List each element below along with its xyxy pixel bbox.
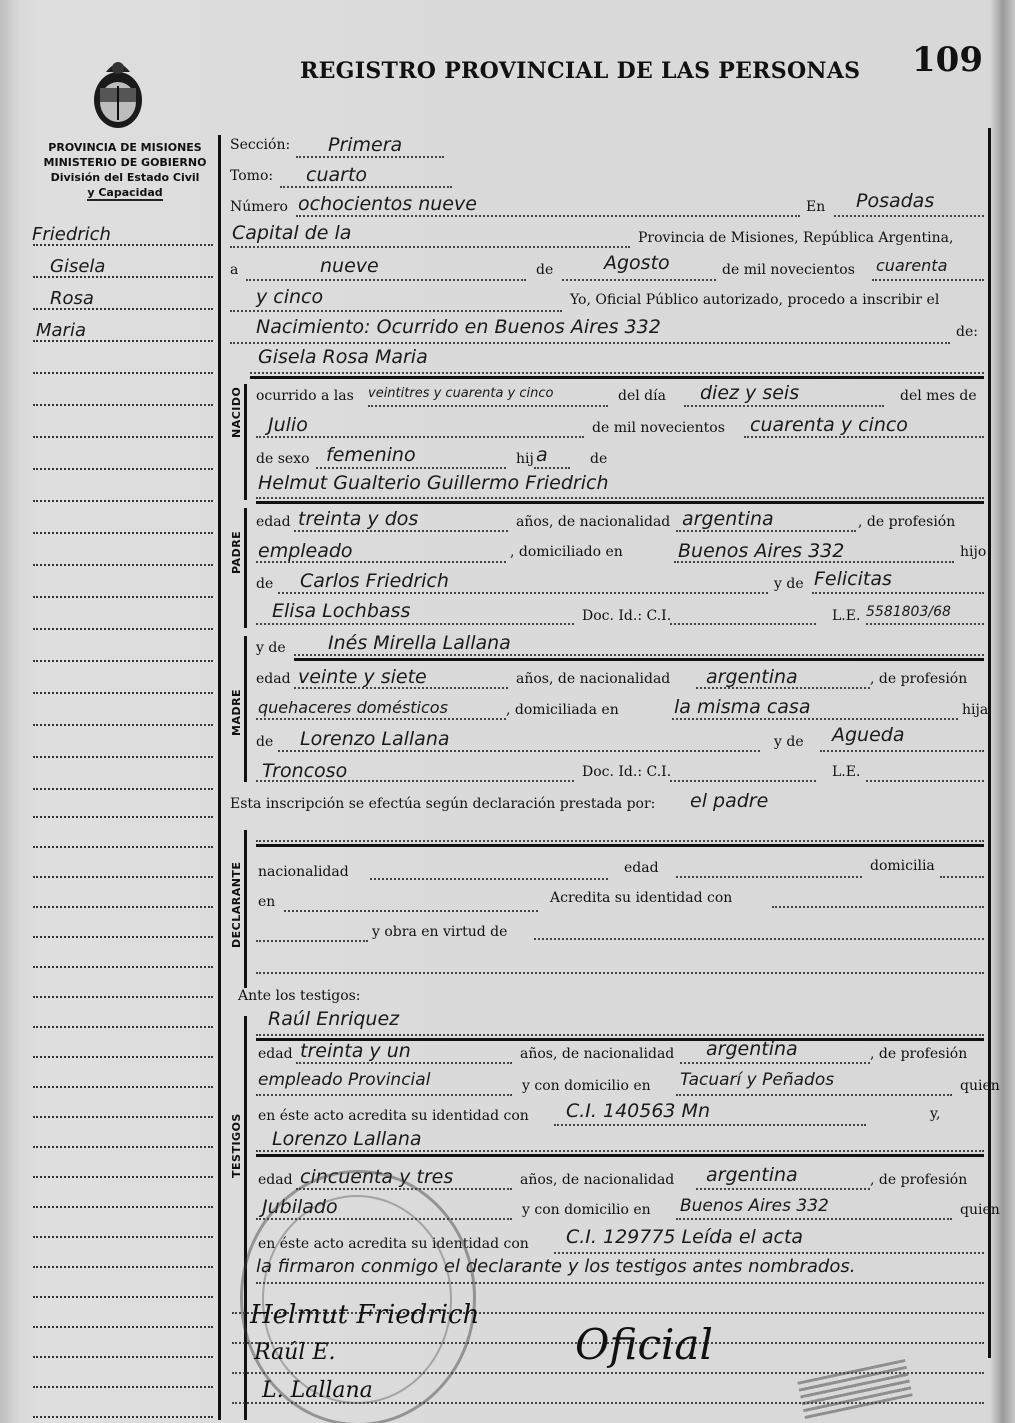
witness-2-name: Lorenzo Lallana [272, 1128, 422, 1150]
institution-line: y Capacidad [30, 185, 220, 200]
seccion-label: Sección: [230, 137, 290, 153]
act-description: Nacimiento: Ocurrido en Buenos Aires 332 [256, 316, 661, 338]
margin-line [33, 788, 213, 790]
signature-declarant: Helmut Friedrich [250, 1300, 479, 1330]
en-label: en [258, 894, 275, 910]
mother-nationality: argentina [706, 666, 798, 688]
right-border [988, 128, 991, 1358]
field-line [670, 623, 816, 625]
field-line [670, 780, 816, 782]
field-line [256, 623, 574, 625]
registration-day: nueve [320, 255, 379, 277]
yde-label: y de [774, 734, 804, 750]
mother-profession: quehaceres domésticos [258, 698, 448, 717]
margin-line [33, 1386, 213, 1388]
hij-suffix: a [536, 444, 548, 466]
margin-line [33, 308, 213, 310]
anio-label: de mil novecientos [592, 420, 725, 436]
nacionalidad-label: años, de nacionalidad [516, 514, 670, 530]
margin-line [33, 1416, 213, 1418]
rule [256, 844, 984, 847]
margin-line [33, 816, 213, 818]
margin-line [33, 628, 213, 630]
le-label: L.E. [832, 608, 860, 624]
field-line [554, 1252, 984, 1254]
rule [294, 658, 984, 661]
institution-line: División del Estado Civil [30, 170, 220, 185]
margin-line [33, 1056, 213, 1058]
margin-line [33, 996, 213, 998]
birth-year: cuarenta y cinco [750, 414, 908, 436]
margin-line [33, 404, 213, 406]
section-bar [244, 1016, 247, 1420]
field-line [316, 467, 506, 469]
margin-line [33, 1116, 213, 1118]
margin-line [33, 936, 213, 938]
doc-label: Doc. Id.: C.I. [582, 608, 671, 624]
field-line [256, 1150, 984, 1152]
section-bar [244, 384, 247, 500]
field-line [256, 718, 506, 720]
signature-witness-2: L. Lallana [262, 1378, 373, 1403]
hija-label: hija [962, 702, 988, 718]
margin-line [33, 468, 213, 470]
field-line [554, 1124, 866, 1126]
field-line [278, 750, 760, 752]
paternal-grandmother-1: Felicitas [814, 568, 892, 590]
field-line [256, 497, 984, 499]
edad-label: edad [624, 860, 659, 876]
field-line [296, 156, 444, 158]
section-label-testigos: TESTIGOS [230, 1113, 243, 1178]
margin-line [33, 660, 213, 662]
maternal-grandmother-1: Agueda [832, 724, 905, 746]
field-line [296, 215, 800, 217]
margin-line [33, 692, 213, 694]
birth-time: veintitres y cuarenta y cinco [368, 386, 553, 401]
nacionalidad-label: nacionalidad [258, 864, 349, 880]
witness-2-address: Buenos Aires 332 [680, 1196, 829, 1216]
maternal-grandfather: Lorenzo Lallana [300, 728, 450, 750]
institution-line: MINISTERIO DE GOBIERNO [30, 155, 220, 170]
field-line [676, 530, 856, 532]
rule [250, 376, 984, 379]
margin-line [33, 340, 213, 342]
field-line [256, 940, 368, 942]
yde-label: y de [774, 576, 804, 592]
margin-line [33, 596, 213, 598]
argentina-coat-of-arms-icon [86, 52, 150, 132]
dia-label: del día [618, 388, 666, 404]
mes-label: del mes de [900, 388, 977, 404]
anio-label: de mil novecientos [722, 262, 855, 278]
field-line [370, 878, 608, 880]
field-line [866, 623, 984, 625]
margin-line [33, 1266, 213, 1268]
official-stamp [797, 1359, 912, 1419]
numero-label: Número [230, 199, 288, 215]
field-line [256, 436, 584, 438]
quien-label: quien [960, 1202, 1000, 1218]
witness-2-nationality: argentina [706, 1164, 798, 1186]
field-line [676, 1218, 952, 1220]
field-line [562, 279, 716, 281]
field-line [812, 592, 984, 594]
nacionalidad-label: años, de nacionalidad [520, 1172, 674, 1188]
registrant-name: Gisela Rosa Maria [258, 346, 428, 368]
margin-line [33, 756, 213, 758]
field-line [872, 279, 984, 281]
doc-label: Doc. Id.: C.I. [582, 764, 671, 780]
field-line [256, 972, 984, 974]
father-nationality: argentina [682, 508, 774, 530]
margin-line [33, 436, 213, 438]
maternal-grandmother-2: Troncoso [262, 760, 347, 782]
numero-value: ochocientos nueve [298, 193, 477, 215]
testigos-intro: Ante los testigos: [238, 988, 361, 1004]
quien-label: quien [960, 1078, 1000, 1094]
field-line [820, 750, 984, 752]
margin-line [33, 1176, 213, 1178]
father-full-name: Helmut Gualterio Guillermo Friedrich [258, 472, 609, 494]
father-profession: empleado [258, 540, 353, 562]
oficial-label: Yo, Oficial Público autorizado, procedo … [570, 292, 939, 308]
field-line [672, 718, 958, 720]
field-line [940, 876, 984, 878]
margin-name: Maria [36, 320, 86, 341]
registration-year-1: cuarenta [876, 256, 947, 275]
witness-2-id: C.I. 129775 Leída el acta [566, 1226, 803, 1248]
registration-year-2: y cinco [256, 286, 323, 308]
field-line [772, 906, 984, 908]
field-line [296, 1062, 512, 1064]
domicilio-label: , domiciliado en [510, 544, 623, 560]
witness-1-profession: empleado Provincial [258, 1070, 430, 1090]
section-label-madre: MADRE [230, 689, 243, 736]
field-line [256, 840, 984, 842]
margin-line [33, 906, 213, 908]
field-line [676, 876, 862, 878]
field-line [744, 436, 984, 438]
margin-line [33, 1146, 213, 1148]
y-label: y, [930, 1106, 941, 1122]
field-line [368, 405, 608, 407]
witness-1-address: Tacuarí y Peñados [680, 1070, 834, 1090]
field-line [676, 1094, 952, 1096]
margin-line [33, 1206, 213, 1208]
domicilio-label: y con domicilio en [522, 1078, 651, 1094]
field-line [696, 1188, 870, 1190]
acredita-label: Acredita su identidad con [550, 890, 732, 906]
mother-address: la misma casa [674, 696, 810, 718]
page-number: 109 [912, 40, 983, 80]
field-line [230, 246, 630, 248]
margin-line [33, 876, 213, 878]
margin-line [33, 846, 213, 848]
column-divider [218, 135, 221, 1420]
field-line [278, 592, 768, 594]
yde-label: y de [256, 640, 286, 656]
margin-surname: Friedrich [32, 224, 111, 245]
birth-sex: femenino [326, 444, 416, 466]
field-line [534, 467, 570, 469]
margin-line [33, 532, 213, 534]
provincia-label: Provincia de Misiones, República Argenti… [638, 230, 953, 246]
signature-official: Oficial [575, 1320, 713, 1369]
margin-line [33, 564, 213, 566]
witness-1-age: treinta y un [300, 1040, 411, 1062]
profesion-label: , de profesión [870, 671, 967, 687]
declaracion-label: Esta inscripción se efectúa según declar… [230, 796, 655, 812]
profesion-label: , de profesión [870, 1172, 967, 1188]
nacionalidad-label: años, de nacionalidad [516, 671, 670, 687]
margin-line [33, 724, 213, 726]
le-label: L.E. [832, 764, 860, 780]
father-le-number: 5581803/68 [866, 604, 951, 620]
field-line [246, 279, 526, 281]
sexo-label: de sexo [256, 451, 310, 467]
hij-label: hij [516, 451, 534, 467]
margin-line [33, 1356, 213, 1358]
place-value: Capital de la [232, 222, 351, 244]
margin-line [33, 244, 213, 246]
birth-month: Julio [268, 414, 308, 436]
seccion-value: Primera [328, 134, 402, 156]
de-colon-label: de: [956, 324, 978, 340]
witness-1-id: C.I. 140563 Mn [566, 1100, 710, 1122]
domicilio-label: , domiciliada en [506, 702, 619, 718]
field-line [280, 186, 452, 188]
field-line [250, 372, 984, 374]
field-line [256, 1094, 512, 1096]
margin-line [33, 276, 213, 278]
margin-line [33, 500, 213, 502]
edad-label: edad [256, 671, 291, 687]
father-age: treinta y dos [298, 508, 418, 530]
section-bar [244, 636, 247, 782]
birth-day: diez y seis [700, 382, 799, 404]
margin-line [33, 1296, 213, 1298]
field-line [680, 1062, 870, 1064]
section-label-declarante: DECLARANTE [230, 862, 243, 948]
mother-age: veinte y siete [298, 666, 427, 688]
mother-full-name: Inés Mirella Lallana [328, 632, 511, 654]
father-address: Buenos Aires 332 [678, 540, 844, 562]
rule [256, 501, 984, 504]
domicilia-label: domicilia [870, 858, 935, 874]
margin-line [33, 1236, 213, 1238]
field-line [834, 215, 984, 217]
profesion-label: , de profesión [858, 514, 955, 530]
edad-label: edad [258, 1046, 293, 1062]
domicilio-label: y con domicilio en [522, 1202, 651, 1218]
de-label: de [256, 576, 273, 592]
en-label: En [806, 199, 825, 215]
field-line [866, 780, 984, 782]
field-line [230, 310, 562, 312]
de-label: de [590, 451, 607, 467]
nacionalidad-label: años, de nacionalidad [520, 1046, 674, 1062]
en-value: Posadas [856, 190, 934, 212]
margin-line [33, 1326, 213, 1328]
witness-1-nationality: argentina [706, 1038, 798, 1060]
margin-name: Rosa [50, 288, 94, 309]
registration-month: Agosto [604, 252, 670, 274]
margin-line [33, 966, 213, 968]
section-bar [244, 830, 247, 988]
tomo-value: cuarto [306, 164, 367, 186]
field-line [294, 654, 984, 656]
field-line [284, 910, 538, 912]
margin-line [33, 1086, 213, 1088]
field-line [684, 405, 884, 407]
margin-line [33, 1026, 213, 1028]
signature-witness-1: Raúl E. [254, 1340, 335, 1365]
declarant-relation: el padre [690, 790, 768, 812]
edad-label: edad [256, 514, 291, 530]
institution-line: PROVINCIA DE MISIONES [30, 140, 220, 155]
section-bar [244, 508, 247, 628]
acredita-label: en éste acto acredita su identidad con [258, 1108, 529, 1124]
virtud-label: y obra en virtud de [372, 924, 507, 940]
paternal-grandfather: Carlos Friedrich [300, 570, 449, 592]
a-label: a [230, 262, 238, 278]
section-label-padre: PADRE [230, 531, 243, 574]
paternal-grandmother-2: Elisa Lochbass [272, 600, 410, 622]
witness-1-name: Raúl Enriquez [268, 1008, 399, 1030]
de-label: de [256, 734, 273, 750]
de-label: de [536, 262, 553, 278]
margin-name: Gisela [50, 256, 105, 277]
document-title: REGISTRO PROVINCIAL DE LAS PERSONAS [300, 58, 860, 84]
margin-line [33, 372, 213, 374]
section-label-nacido: NACIDO [230, 387, 243, 438]
field-line [230, 342, 950, 344]
field-line [294, 530, 508, 532]
tomo-label: Tomo: [230, 168, 273, 184]
edad-label: edad [258, 1172, 293, 1188]
hora-label: ocurrido a las [256, 388, 354, 404]
profesion-label: , de profesión [870, 1046, 967, 1062]
institution-line-underlined: y Capacidad [87, 186, 162, 201]
field-line [534, 938, 984, 940]
field-line [256, 1034, 984, 1036]
rule [256, 1154, 984, 1157]
birth-certificate-page: REGISTRO PROVINCIAL DE LAS PERSONAS 109 … [0, 0, 1015, 1423]
issuing-institution: PROVINCIA DE MISIONES MINISTERIO DE GOBI… [30, 140, 220, 200]
hijo-label: hijo [960, 544, 986, 560]
